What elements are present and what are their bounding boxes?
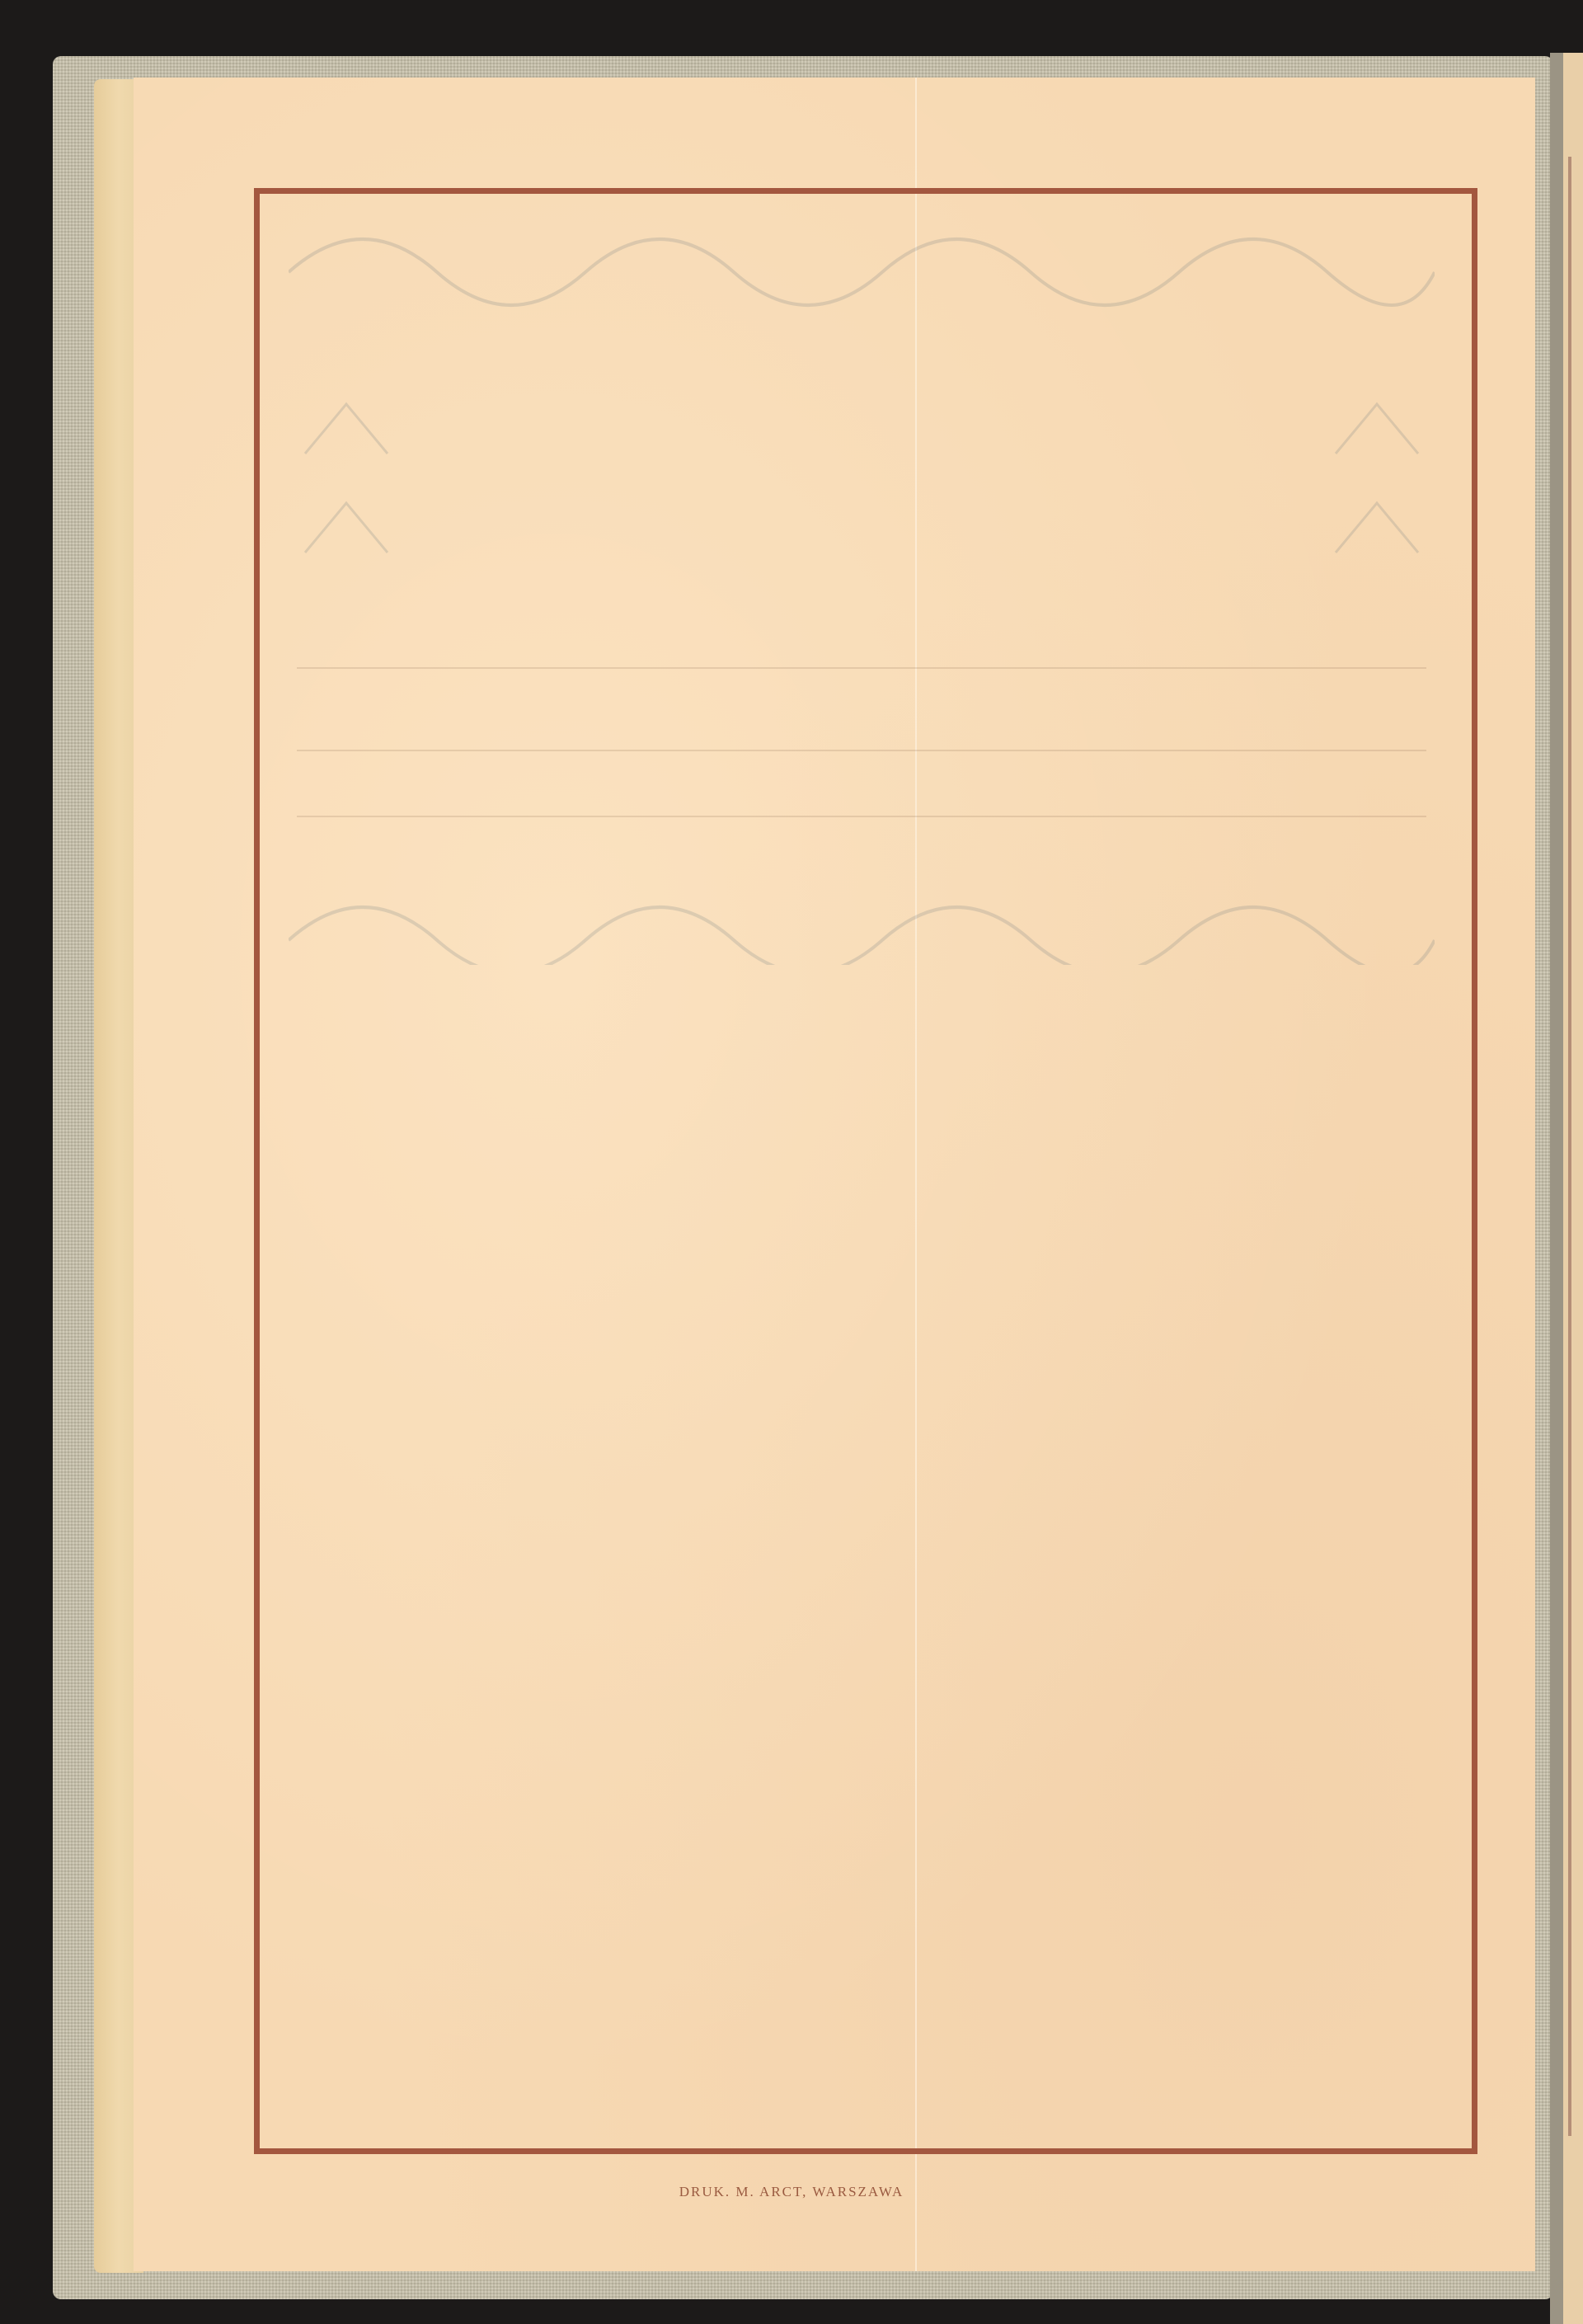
adjacent-page-frame bbox=[1568, 157, 1583, 2136]
page-border-frame bbox=[254, 188, 1477, 2154]
printer-imprint: DRUK. M. ARCT, WARSZAWA bbox=[0, 2184, 1583, 2200]
